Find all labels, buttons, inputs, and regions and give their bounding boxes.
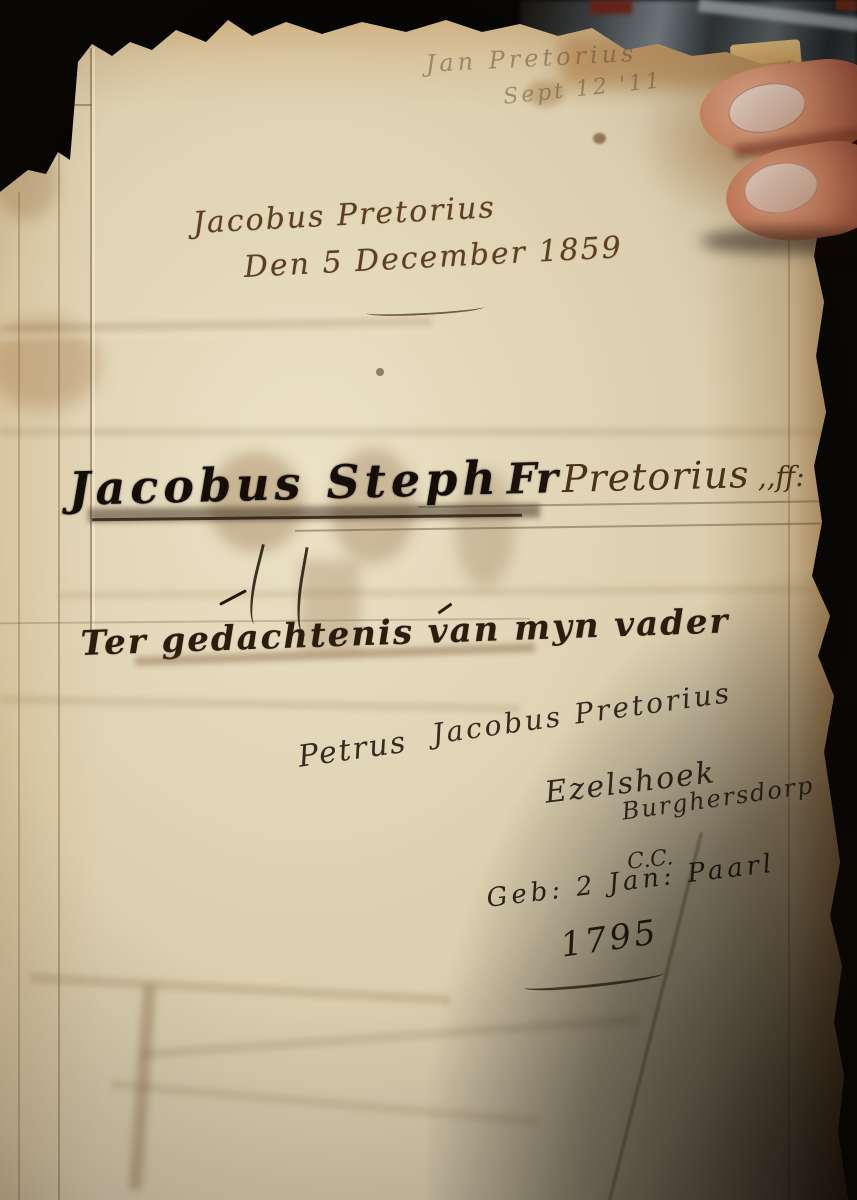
wrinkle-line <box>140 1015 639 1060</box>
crease-line <box>60 585 857 600</box>
wrinkle-line <box>30 973 450 1005</box>
book-flyleaf-page: Jan Pretorius Sept 12 '11 Jacobus Pretor… <box>0 0 857 1200</box>
owner-date-inscription: Den 5 December 1859 <box>243 230 624 285</box>
ink-spot-small <box>376 368 384 376</box>
struck-surname: Pretorius <box>561 452 750 501</box>
father-names: Jacobus Pretorius <box>430 676 734 751</box>
underline-flourish <box>366 302 484 318</box>
torn-page-stub-edge <box>58 150 60 1200</box>
ink-spot <box>593 133 606 144</box>
edge-stain-upper <box>0 148 58 220</box>
finger-cast-shadow <box>700 228 857 254</box>
underline-flourish <box>524 967 665 995</box>
father-given-name: Petrus <box>296 725 410 775</box>
torn-page-stub-edge <box>0 104 92 106</box>
wrinkle-line <box>110 1079 539 1126</box>
torn-page-stub-highlight <box>92 48 95 648</box>
torn-page-stub-edge <box>18 192 20 1200</box>
crease-line <box>0 428 857 436</box>
crease-line <box>0 695 520 712</box>
photograph-of-flyleaf: Jan Pretorius Sept 12 '11 Jacobus Pretor… <box>0 0 857 1200</box>
struck-initials: Fr <box>506 453 558 503</box>
background-red-object-small <box>836 0 857 10</box>
pen-flourish-tail <box>243 544 281 626</box>
birth-year: 1795 <box>558 912 661 965</box>
pen-flourish: ,,ff: <box>757 460 805 494</box>
owner-name-inscription: Jacobus Pretorius <box>192 190 497 241</box>
background-red-object <box>590 0 632 14</box>
